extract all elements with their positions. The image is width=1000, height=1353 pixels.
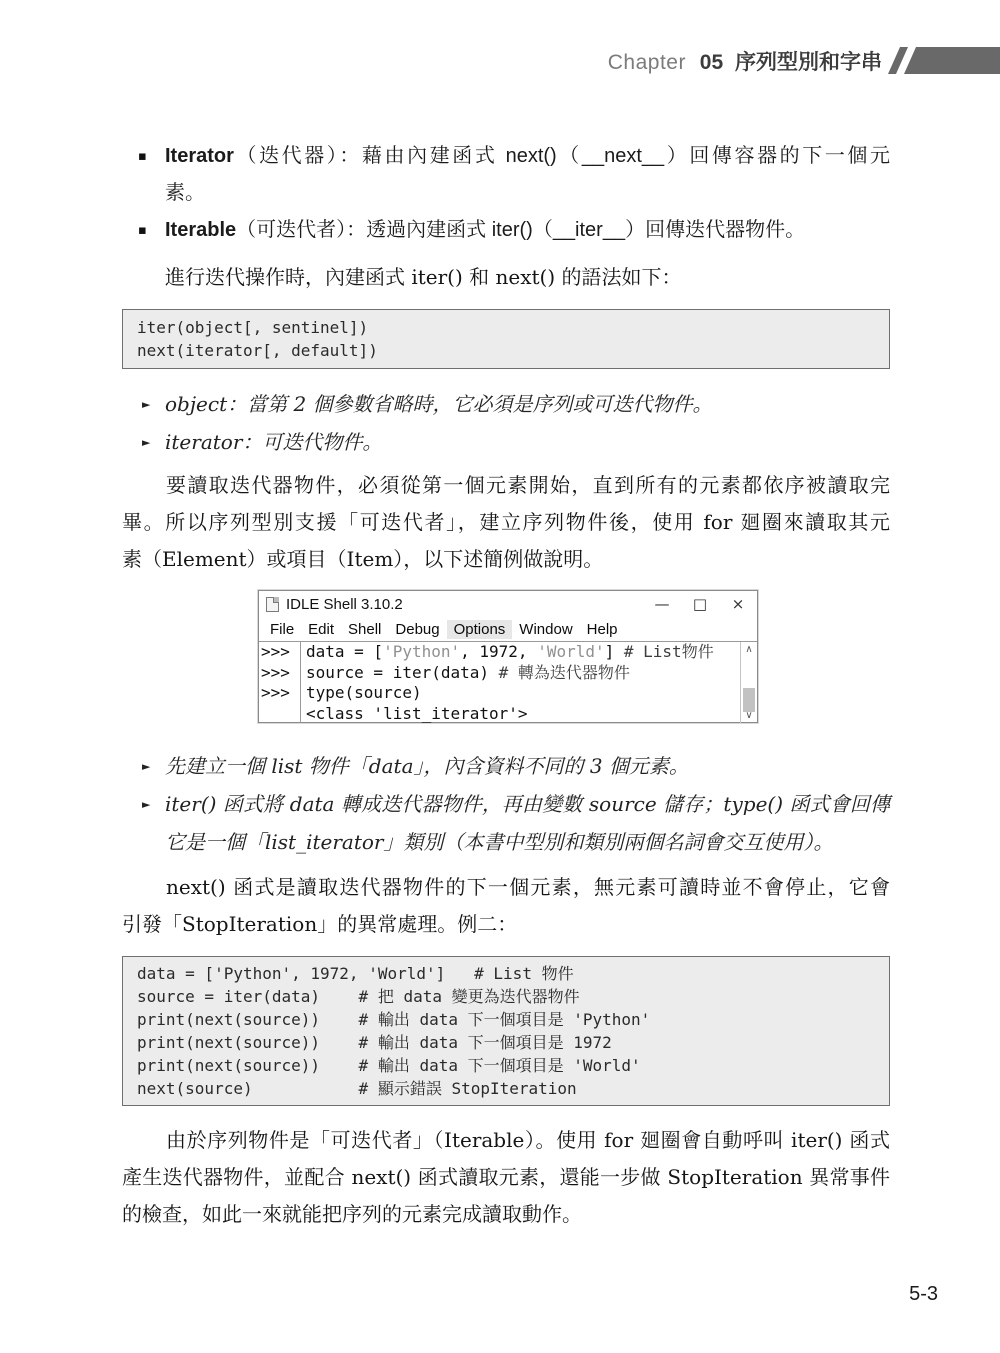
paragraph-for-loop: 由於序列物件是「可迭代者」（Iterable）。使用 for 廻圈會自動呼叫 i… bbox=[122, 1122, 890, 1233]
paragraph-line: 素（Element）或項目（Item），以下述簡例做說明。 bbox=[122, 541, 890, 578]
menu-item-help[interactable]: Help bbox=[580, 620, 625, 639]
shell-prompt bbox=[261, 704, 300, 725]
shell-segment-string: 'World' bbox=[537, 642, 604, 661]
shell-segment-code: data = [ bbox=[306, 642, 383, 661]
paragraph-reading-iterators: 要讀取迭代器物件，必須從第一個元素開始，直到所有的元素都依序被讀取完畢。所以序列… bbox=[122, 467, 890, 578]
shell-segment-code: , 1972, bbox=[460, 642, 537, 661]
menu-item-debug[interactable]: Debug bbox=[388, 620, 446, 639]
menu-item-options[interactable]: Options bbox=[447, 620, 513, 639]
window-controls: —□× bbox=[643, 591, 757, 618]
paragraph-line: 由於序列物件是「可迭代者」（Iterable）。使用 for 廻圈會自動呼叫 i… bbox=[122, 1122, 890, 1159]
bullet-line: 素。 bbox=[165, 175, 890, 212]
arrow-bullet-icon: ► bbox=[142, 386, 150, 424]
shell-segment-code: source = iter(data) bbox=[306, 663, 499, 682]
page-number: 5-3 bbox=[909, 1283, 938, 1306]
scrollbar-down-icon[interactable]: ∨ bbox=[741, 710, 757, 721]
close-icon[interactable]: × bbox=[719, 591, 757, 618]
arrow-bullet-icon: ► bbox=[142, 786, 150, 824]
paragraph-line: 要讀取迭代器物件，必須從第一個元素開始，直到所有的元素都依序被讀取完 bbox=[122, 467, 890, 504]
arrow-bullet-line: ►object：當第 2 個參數省略時，它必須是序列或可迭代物件。 bbox=[165, 385, 890, 423]
maximize-icon[interactable]: □ bbox=[681, 591, 719, 618]
menu-item-file[interactable]: File bbox=[263, 620, 301, 639]
definition-bullet-list: ▪Iterator（迭代器）：藉由內建函式 next()（__next__）回傳… bbox=[122, 138, 890, 249]
bullet-text: （可迭代者）：透過內建函式 iter()（__iter__）回傳迭代器物件。 bbox=[236, 219, 805, 241]
example-notes-bullet-list: ►先建立一個 list 物件「data」，內含資料不同的 3 個元素。►iter… bbox=[122, 747, 890, 861]
paragraph-line: next() 函式是讀取迭代器物件的下一個元素，無元素可讀時並不會停止，它會 bbox=[122, 869, 890, 906]
shell-prompt: >>> bbox=[261, 642, 300, 663]
shell-segment-code: type(source) bbox=[306, 683, 422, 702]
shell-segment-comment: # 轉為迭代器物件 bbox=[499, 663, 630, 682]
bullet-text: （迭代器）：藉由內建函式 next()（__next__）回傳容器的下一個元 bbox=[234, 145, 890, 167]
arrow-bullet-line: ►iter() 函式將 data 轉成迭代器物件，再由變數 source 儲存；… bbox=[165, 785, 890, 823]
bullet-line: ▪Iterable（可迭代者）：透過內建函式 iter()（__iter__）回… bbox=[165, 212, 890, 249]
header-accent-bar bbox=[904, 47, 1000, 74]
paragraph-line: 引發「StopIteration」的異常處理。例二： bbox=[122, 906, 890, 943]
arrow-bullet-line: ►先建立一個 list 物件「data」，內含資料不同的 3 個元素。 bbox=[165, 747, 890, 785]
arrow-bullet-icon: ► bbox=[142, 424, 150, 462]
book-page: Chapter 05 序列型別和字串 ▪Iterator（迭代器）：藉由內建函式… bbox=[0, 0, 1000, 1353]
chapter-number: 05 bbox=[700, 51, 723, 74]
shell-segment-comment: # List物件 bbox=[624, 642, 714, 661]
shell-line: source = iter(data) # 轉為迭代器物件 bbox=[306, 663, 740, 684]
intro-line: 進行迭代操作時，內建函式 iter() 和 next() 的語法如下： bbox=[122, 259, 890, 296]
shell-line: <class 'list_iterator'> bbox=[306, 704, 740, 724]
idle-titlebar[interactable]: IDLE Shell 3.10.2 —□× bbox=[259, 591, 757, 618]
idle-shell-body: >>>>>>>>> data = ['Python', 1972, 'World… bbox=[259, 641, 757, 723]
shell-segment-string: 'Python' bbox=[383, 642, 460, 661]
arrow-bullet-icon: ► bbox=[142, 748, 150, 786]
chapter-heading: Chapter 05 序列型別和字串 bbox=[608, 46, 882, 76]
paragraph-line: 的檢查，如此一來就能把序列的元素完成讀取動作。 bbox=[122, 1196, 890, 1233]
chapter-title: 序列型別和字串 bbox=[735, 51, 882, 74]
minimize-icon[interactable]: — bbox=[643, 591, 681, 618]
shell-segment-output: <class 'list_iterator'> bbox=[306, 704, 528, 723]
menu-item-shell[interactable]: Shell bbox=[341, 620, 388, 639]
square-bullet-icon: ▪ bbox=[138, 138, 147, 175]
shell-text-area[interactable]: data = ['Python', 1972, 'World'] # List物… bbox=[301, 642, 740, 723]
shell-line: type(source) bbox=[306, 683, 740, 704]
arrow-bullet-line: ►iterator：可迭代物件。 bbox=[165, 423, 890, 461]
bullet-term: Iterator bbox=[165, 145, 234, 167]
shell-prompt: >>> bbox=[261, 663, 300, 684]
paragraph-line: 畢。所以序列型別支援「可迭代者」，建立序列物件後，使用 for 廻圈來讀取其元 bbox=[122, 504, 890, 541]
scrollbar-up-icon[interactable]: ∧ bbox=[741, 644, 757, 655]
bullet-line: ▪Iterator（迭代器）：藉由內建函式 next()（__next__）回傳… bbox=[165, 138, 890, 175]
idle-window-title: IDLE Shell 3.10.2 bbox=[286, 596, 643, 613]
scrollbar-thumb[interactable] bbox=[743, 688, 755, 712]
idle-shell-window: IDLE Shell 3.10.2 —□× FileEditShellDebug… bbox=[258, 590, 758, 723]
page-content: ▪Iterator（迭代器）：藉由內建函式 next()（__next__）回傳… bbox=[122, 138, 890, 1233]
idle-menubar: FileEditShellDebugOptionsWindowHelp bbox=[259, 618, 757, 641]
page-header: Chapter 05 序列型別和字串 bbox=[0, 44, 1000, 76]
bullet-term: Iterable bbox=[165, 219, 236, 241]
chapter-label: Chapter bbox=[608, 51, 686, 74]
shell-prompt: >>> bbox=[261, 683, 300, 704]
shell-prompt-gutter: >>>>>>>>> bbox=[259, 642, 301, 723]
syntax-code-block: iter(object[, sentinel]) next(iterator[,… bbox=[122, 309, 890, 369]
shell-line: data = ['Python', 1972, 'World'] # List物… bbox=[306, 642, 740, 663]
paragraph-line: 產生迭代器物件，並配合 next() 函式讀取元素，還能一步做 StopIter… bbox=[122, 1159, 890, 1196]
example-code-block: data = ['Python', 1972, 'World'] # List … bbox=[122, 956, 890, 1106]
shell-scrollbar[interactable]: ∧ ∨ bbox=[740, 642, 757, 723]
arrow-bullet-line: 它是一個「list_iterator」類別（本書中型別和類別兩個名詞會交互使用）… bbox=[165, 823, 890, 861]
paragraph-next-function: next() 函式是讀取迭代器物件的下一個元素，無元素可讀時並不會停止，它會引發… bbox=[122, 869, 890, 943]
square-bullet-icon: ▪ bbox=[138, 212, 147, 249]
idle-app-icon bbox=[266, 597, 279, 612]
menu-item-window[interactable]: Window bbox=[512, 620, 579, 639]
menu-item-edit[interactable]: Edit bbox=[301, 620, 341, 639]
shell-segment-code: ] bbox=[605, 642, 624, 661]
parameter-bullet-list: ►object：當第 2 個參數省略時，它必須是序列或可迭代物件。►iterat… bbox=[122, 385, 890, 461]
